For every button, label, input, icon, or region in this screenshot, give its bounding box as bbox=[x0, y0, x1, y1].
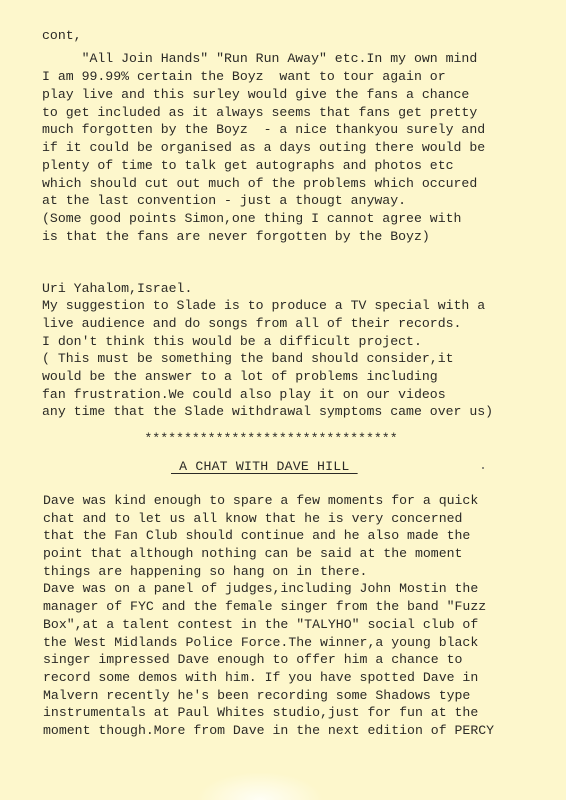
text-line: that the Fan Club should continue and he… bbox=[43, 527, 470, 545]
editor-note-line: would be the answer to a lot of problems… bbox=[42, 368, 438, 386]
text-line: the West Midlands Police Force.The winne… bbox=[43, 634, 478, 652]
text-line: I don't think this would be a difficult … bbox=[42, 333, 422, 351]
text-line: Box",at a talent contest in the "TALYHO"… bbox=[43, 616, 478, 634]
text-line: Dave was on a panel of judges,including … bbox=[43, 580, 478, 598]
text-line: I am 99.99% certain the Boyz want to tou… bbox=[42, 68, 446, 86]
editor-note-line: is that the fans are never forgotten by … bbox=[42, 228, 430, 246]
text-line: record some demos with him. If you have … bbox=[43, 669, 478, 687]
text-line: My suggestion to Slade is to produce a T… bbox=[42, 297, 485, 315]
text-line: moment though.More from Dave in the next… bbox=[43, 722, 494, 740]
article-heading: A CHAT WITH DAVE HILL bbox=[171, 458, 358, 476]
asterisk-divider: ******************************** bbox=[0, 430, 554, 448]
editor-note-line: ( This must be something the band should… bbox=[42, 350, 454, 368]
document-page: cont, "All Join Hands" "Run Run Away" et… bbox=[0, 0, 566, 800]
text-line: at the last convention - just a thougt a… bbox=[42, 192, 406, 210]
text-line: things are happening so hang on in there… bbox=[43, 563, 367, 581]
text-line: manager of FYC and the female singer fro… bbox=[43, 598, 486, 616]
text-line: Malvern recently he's been recording som… bbox=[43, 687, 470, 705]
text-line: plenty of time to talk get autographs an… bbox=[42, 157, 454, 175]
text-line: much forgotten by the Boyz - a nice than… bbox=[42, 121, 485, 139]
editor-note-line: (Some good points Simon,one thing I cann… bbox=[42, 210, 461, 228]
letter-author: Uri Yahalom,Israel. bbox=[42, 280, 192, 298]
continued-label: cont, bbox=[42, 27, 82, 45]
text-line: if it could be organised as a days outin… bbox=[42, 139, 485, 157]
text-line: play live and this surley would give the… bbox=[42, 86, 469, 104]
text-line: singer impressed Dave enough to offer hi… bbox=[43, 651, 462, 669]
editor-note-line: any time that the Slade withdrawal sympt… bbox=[42, 403, 493, 421]
text-line: Dave was kind enough to spare a few mome… bbox=[43, 492, 478, 510]
print-speck bbox=[482, 467, 484, 469]
text-line: which should cut out much of the problem… bbox=[42, 175, 477, 193]
text-line: instrumentals at Paul Whites studio,just… bbox=[43, 704, 478, 722]
text-line: chat and to let us all know that he is v… bbox=[43, 510, 462, 528]
text-line: to get included as it always seems that … bbox=[42, 104, 477, 122]
text-line: live audience and do songs from all of t… bbox=[42, 315, 461, 333]
editor-note-line: fan frustration.We could also play it on… bbox=[42, 386, 446, 404]
text-line: point that although nothing can be said … bbox=[43, 545, 462, 563]
text-line: "All Join Hands" "Run Run Away" etc.In m… bbox=[42, 50, 477, 68]
